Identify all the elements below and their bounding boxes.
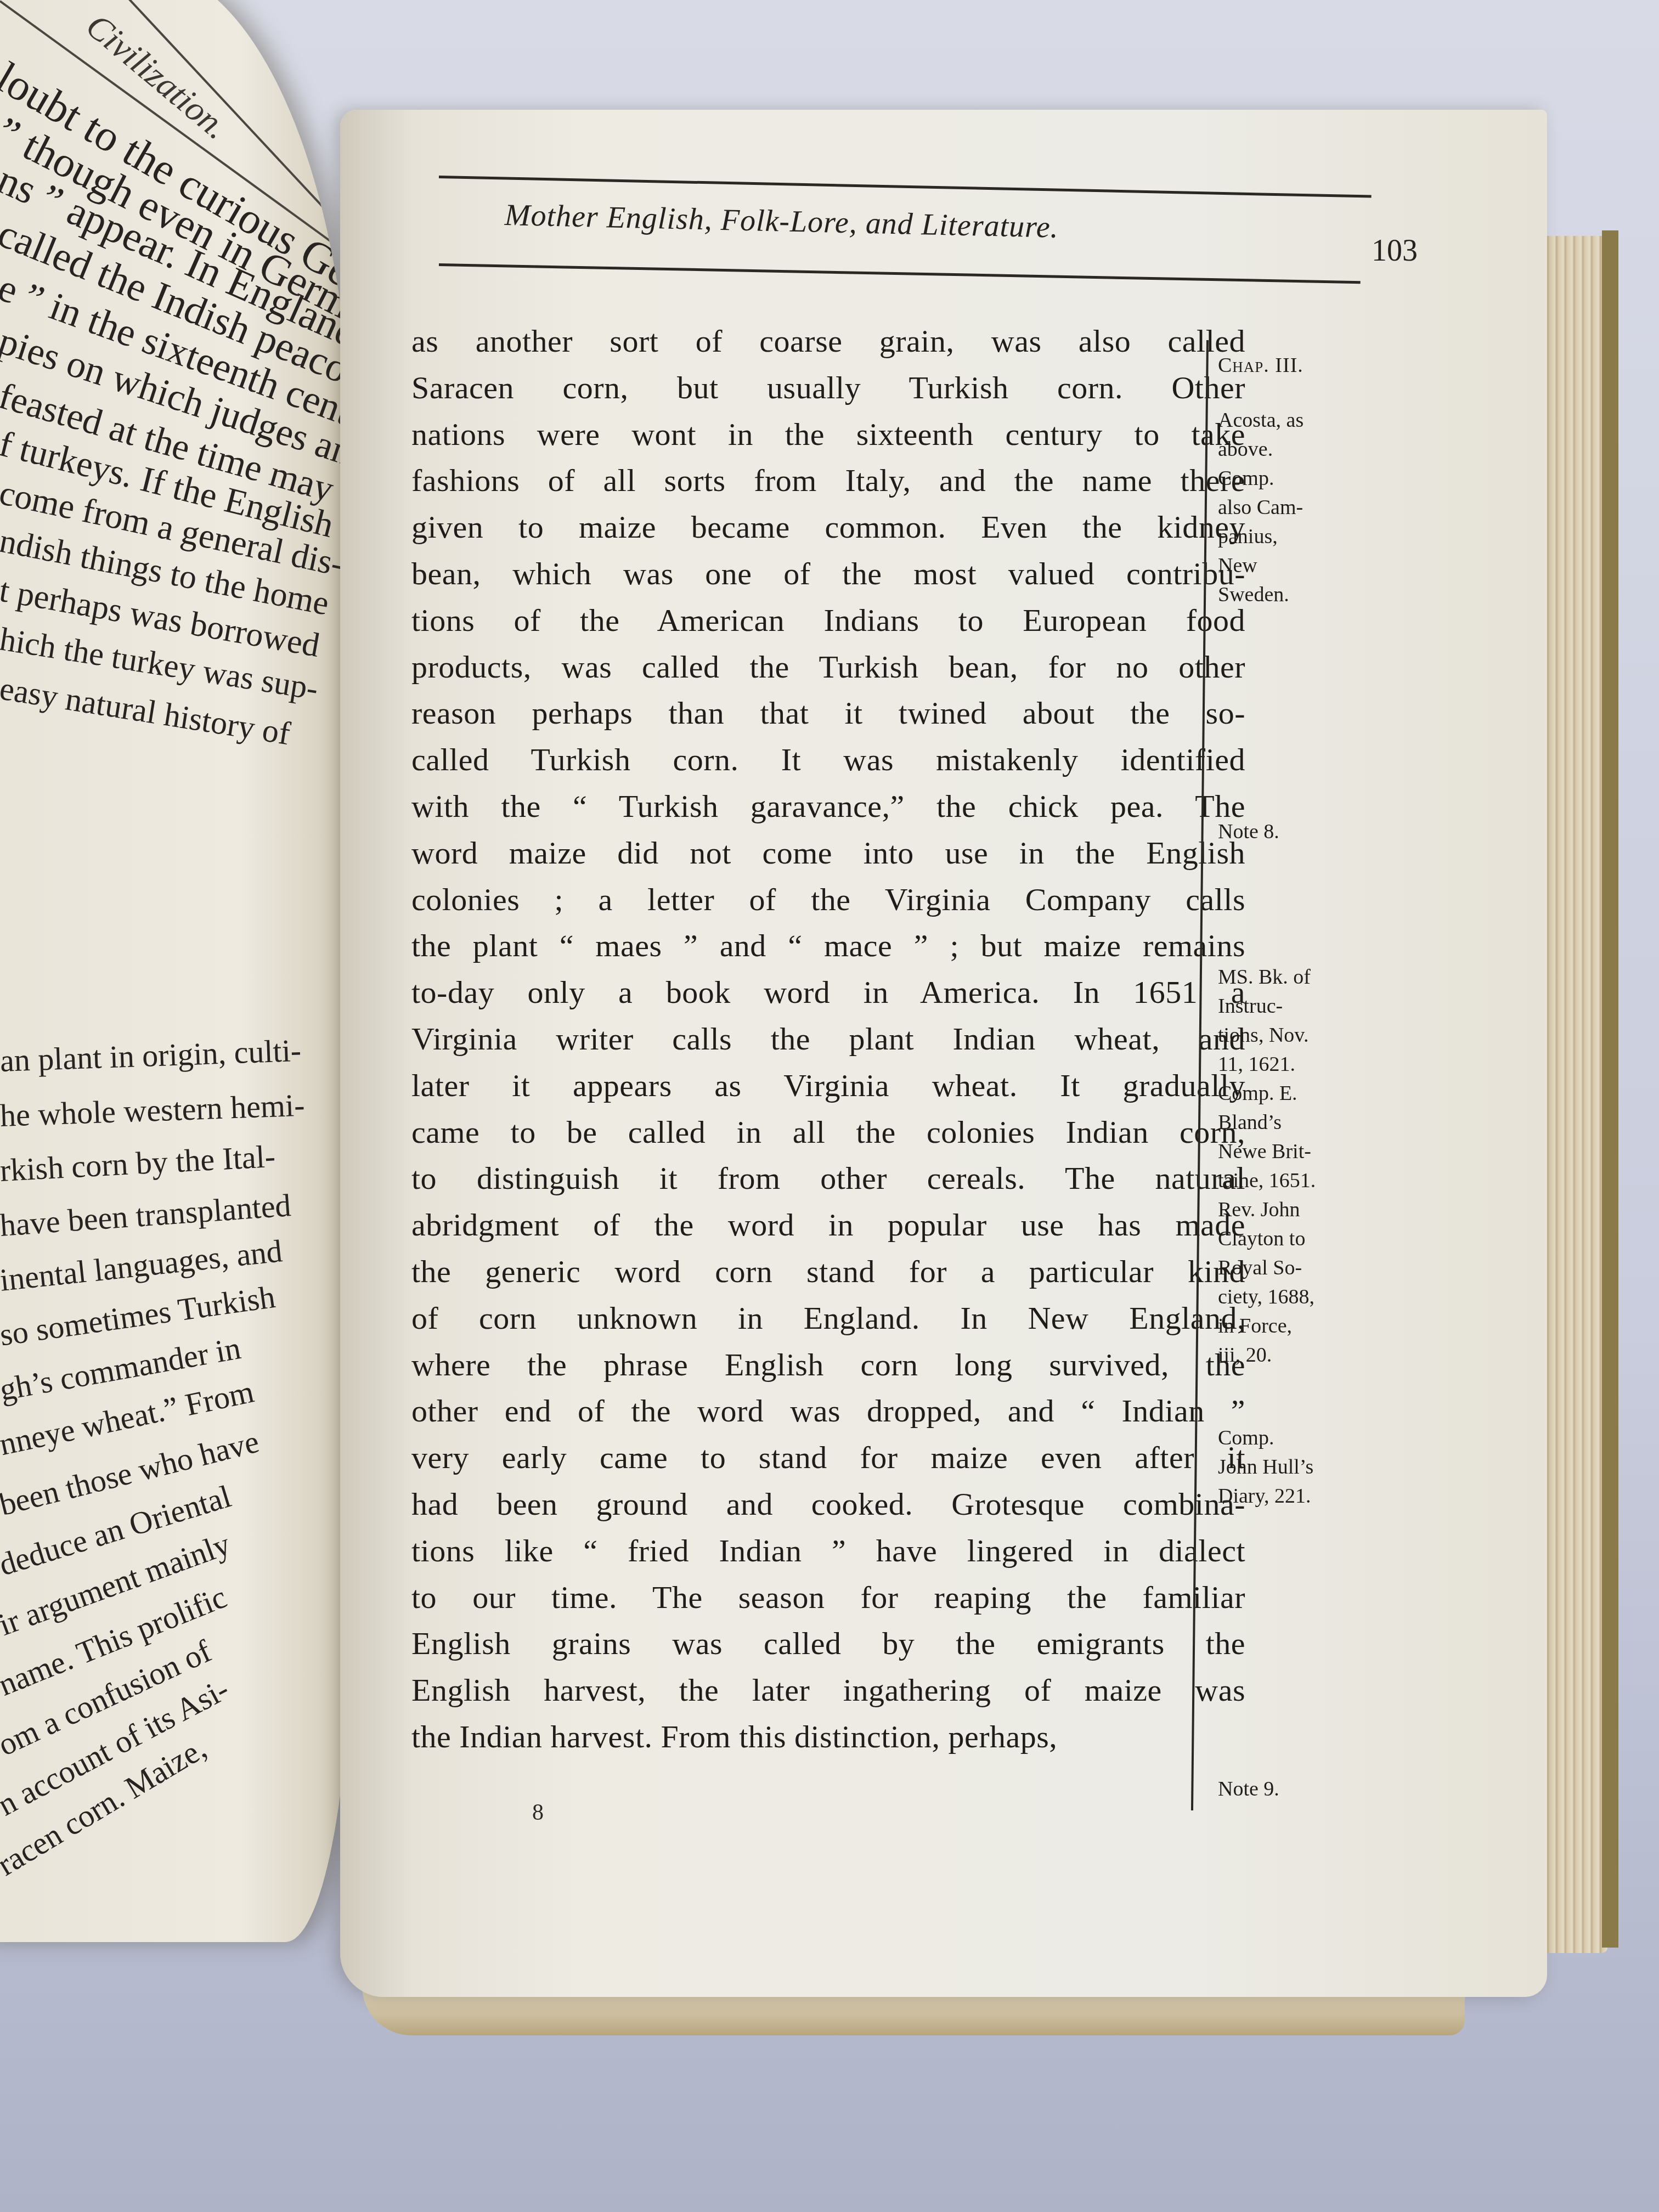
- body-line: had been ground and cooked. Grotesque co…: [411, 1481, 1245, 1528]
- sidenote-line: tions, Nov.: [1218, 1021, 1316, 1050]
- right-page: Mother English, Folk-Lore, and Literatur…: [340, 110, 1547, 1997]
- signature-mark: 8: [532, 1799, 544, 1826]
- body-line: products, was called the Turkish bean, f…: [411, 644, 1245, 691]
- body-line: with the “ Turkish garavance,” the chick…: [411, 783, 1245, 830]
- body-line: of corn unknown in England. In New Engla…: [411, 1295, 1245, 1342]
- sidenote-line: iii, 20.: [1218, 1341, 1316, 1370]
- sidenote-line: John Hull’s: [1218, 1453, 1313, 1482]
- header-rule-bottom: [439, 263, 1361, 284]
- body-line: later it appears as Virginia wheat. It g…: [411, 1063, 1245, 1109]
- header-rule-top: [439, 176, 1372, 198]
- body-line: to distinguish it from other cereals. Th…: [411, 1155, 1245, 1202]
- sidenote-chapter: Chap. III.: [1218, 351, 1304, 380]
- sidenote-line: MS. Bk. of: [1218, 963, 1316, 992]
- sidenote-note-8: Note 8.: [1218, 817, 1279, 847]
- body-line: reason perhaps than that it twined about…: [411, 690, 1245, 737]
- body-line: tions like “ fried Indian ” have lingere…: [411, 1528, 1245, 1575]
- sidenote-line: above.: [1218, 435, 1304, 464]
- sidenote-line: Rev. John: [1218, 1195, 1316, 1224]
- sidenote-line: in Force,: [1218, 1312, 1316, 1341]
- body-line: came to be called in all the colonies In…: [411, 1109, 1245, 1156]
- body-line: English harvest, the later ingathering o…: [411, 1667, 1245, 1714]
- sidenote-ms-book: MS. Bk. of Instruc- tions, Nov. 11, 1621…: [1218, 963, 1316, 1370]
- sidenote-line: Note 9.: [1218, 1775, 1279, 1804]
- sidenote-line: Instruc-: [1218, 992, 1316, 1021]
- left-line: an plant in origin, culti-: [0, 1032, 302, 1079]
- body-line: to our time. The season for reaping the …: [411, 1575, 1245, 1621]
- book-cover-edge: [1602, 230, 1618, 1948]
- body-line: the plant “ maes ” and “ mace ” ; but ma…: [411, 923, 1245, 969]
- body-line: as another sort of coarse grain, was als…: [411, 318, 1245, 365]
- sidenote-acosta: Acosta, as above. Comp. also Cam- panius…: [1218, 406, 1304, 610]
- body-line: other end of the word was dropped, and “…: [411, 1388, 1245, 1435]
- sidenote-line: Comp.: [1218, 1424, 1313, 1453]
- sidenote-line: Royal So-: [1218, 1254, 1316, 1283]
- left-line: he whole western hemi-: [0, 1087, 305, 1134]
- body-line: the Indian harvest. From this distinctio…: [411, 1714, 1245, 1760]
- body-line: word maize did not come into use in the …: [411, 830, 1245, 877]
- book-fore-edge: [1542, 236, 1607, 1953]
- sidenote-line: Bland’s: [1218, 1108, 1316, 1137]
- sidenote-line: New: [1218, 551, 1304, 580]
- running-head: Mother English, Folk-Lore, and Literatur…: [439, 176, 1454, 252]
- body-line: Virginia writer calls the plant Indian w…: [411, 1016, 1245, 1063]
- body-line: Saracen corn, but usually Turkish corn. …: [411, 365, 1245, 411]
- page-number: 103: [1372, 233, 1418, 268]
- sidenote-line: panius,: [1218, 522, 1304, 551]
- body-line: to-day only a book word in America. In 1…: [411, 969, 1245, 1016]
- body-line: colonies ; a letter of the Virginia Comp…: [411, 877, 1245, 923]
- sidenote-line: Acosta, as: [1218, 406, 1304, 435]
- body-line: tions of the American Indians to Europea…: [411, 597, 1245, 644]
- sidenote-line: ciety, 1688,: [1218, 1283, 1316, 1312]
- body-line: very early came to stand for maize even …: [411, 1435, 1245, 1481]
- sidenote-line: Comp. E.: [1218, 1079, 1316, 1108]
- sidenote-john-hull: Comp. John Hull’s Diary, 221.: [1218, 1424, 1313, 1511]
- sidenote-line: Note 8.: [1218, 817, 1279, 847]
- sidenote-line: Comp.: [1218, 464, 1304, 493]
- sidenote-line: Chap. III.: [1218, 354, 1304, 377]
- body-line: given to maize became common. Even the k…: [411, 504, 1245, 551]
- sidenote-line: taine, 1651.: [1218, 1166, 1316, 1195]
- body-text: as another sort of coarse grain, was als…: [411, 318, 1245, 1760]
- body-line: English grains was called by the emigran…: [411, 1621, 1245, 1667]
- sidenote-line: Newe Brit-: [1218, 1137, 1316, 1166]
- running-head-title: Mother English, Folk-Lore, and Literatur…: [504, 198, 1059, 245]
- sidenote-line: Clayton to: [1218, 1224, 1316, 1254]
- sidenote-line: Diary, 221.: [1218, 1482, 1313, 1511]
- body-line: nations were wont in the sixteenth centu…: [411, 411, 1245, 458]
- sidenote-line: Sweden.: [1218, 580, 1304, 610]
- left-page: Civilization. loubt to the curious Germa…: [0, 0, 351, 1942]
- sidenote-line: 11, 1621.: [1218, 1050, 1316, 1079]
- body-line: fashions of all sorts from Italy, and th…: [411, 458, 1245, 504]
- sidenote-line: also Cam-: [1218, 493, 1304, 522]
- body-line: where the phrase English corn long survi…: [411, 1342, 1245, 1389]
- body-line: called Turkish corn. It was mistakenly i…: [411, 737, 1245, 783]
- sidenote-note-9: Note 9.: [1218, 1775, 1279, 1804]
- body-line: the generic word corn stand for a partic…: [411, 1249, 1245, 1295]
- body-line: abridgment of the word in popular use ha…: [411, 1202, 1245, 1249]
- body-line: bean, which was one of the most valued c…: [411, 551, 1245, 597]
- left-line: rkish corn by the Ital-: [0, 1138, 276, 1189]
- page-bottom-edge: [362, 1986, 1465, 2035]
